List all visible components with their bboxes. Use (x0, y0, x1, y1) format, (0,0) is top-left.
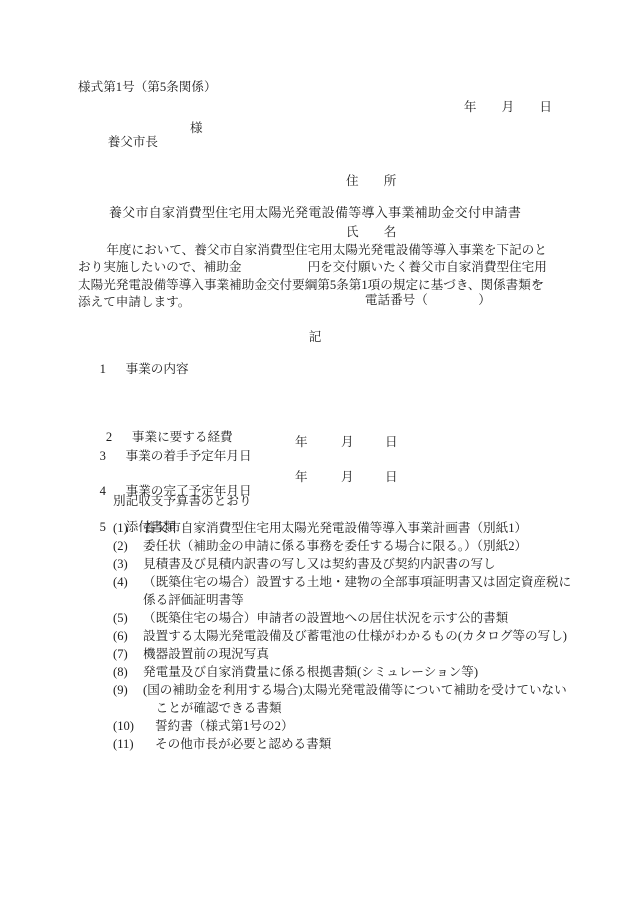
attachment-text: (国の補助金を利用する場合)太陽光発電設備等について補助を受けていない ことが確… (143, 681, 567, 717)
attachment-item-8: (8) 発電量及び自家消費量に係る根拠書類(シミュレーション等) (113, 663, 573, 681)
attachment-item-1: (1) 養父市自家消費型住宅用太陽光発電設備等導入事業計画書（別紙1） (113, 519, 573, 537)
attachment-text: 委任状（補助金の申請に係る事務を委任する場合に限る。）（別紙2） (143, 537, 527, 555)
attachment-text: （既築住宅の場合）申請者の設置地への居住状況を示す公的書類 (143, 609, 508, 627)
submission-date-line: 年 月 日 (464, 100, 552, 114)
section-number: 3 (100, 449, 126, 463)
addressee-name: 養父市長 (108, 135, 158, 149)
applicant-address-field: 住 所 (346, 173, 491, 190)
attachment-list: (1) 養父市自家消費型住宅用太陽光発電設備等導入事業計画書（別紙1） (2) … (113, 519, 573, 753)
attachment-number: (10) (113, 717, 155, 735)
day-label: 日 (385, 435, 398, 449)
month-label: 月 (341, 435, 354, 449)
attachment-item-11: (11) その他市長が必要と認める書類 (113, 735, 573, 753)
year-label: 年 (295, 470, 308, 484)
addressee-line: 養父市長 様 (95, 121, 158, 177)
attachment-item-9: (9) (国の補助金を利用する場合)太陽光発電設備等について補助を受けていない … (113, 681, 573, 717)
attachment-text: 見積書及び見積内訳書の写し又は契約書及び契約内訳書の写し (143, 555, 496, 573)
attachment-number: (8) (113, 663, 143, 681)
application-body-paragraph: 年度において、養父市自家消費型住宅用太陽光発電設備等導入事業を下記のと おり実施… (78, 242, 547, 311)
record-marker: 記 (0, 330, 630, 344)
attachment-number: (5) (113, 609, 143, 627)
section-label: 事業の内容 (126, 362, 189, 376)
attachment-number: (9) (113, 681, 143, 717)
attachment-number: (6) (113, 627, 143, 645)
attachment-item-10: (10) 誓約書（様式第1号の2） (113, 717, 573, 735)
year-label: 年 (295, 435, 308, 449)
section-number: 1 (100, 362, 126, 376)
attachment-number: (3) (113, 555, 143, 573)
addressee-honorific: 様 (190, 121, 203, 135)
section-label: 事業の着手予定年月日 (126, 449, 252, 463)
attachment-text: 養父市自家消費型住宅用太陽光発電設備等導入事業計画書（別紙1） (143, 519, 527, 537)
section-number: 4 (100, 484, 126, 498)
attachment-number: (11) (113, 735, 155, 753)
section-label: 事業の完了予定年月日 (126, 484, 252, 498)
attachment-item-3: (3) 見積書及び見積内訳書の写し又は契約書及び契約内訳書の写し (113, 555, 573, 573)
attachment-text: その他市長が必要と認める書類 (155, 735, 331, 753)
form-number-label: 様式第1号（第5条関係） (78, 80, 217, 94)
attachment-text: 発電量及び自家消費量に係る根拠書類(シミュレーション等) (143, 663, 478, 681)
application-form-page: 様式第1号（第5条関係） 年 月 日 養父市長 様 住 所 氏 名 電話番号（ … (0, 0, 630, 903)
attachment-item-5: (5) （既築住宅の場合）申請者の設置地への居住状況を示す公的書類 (113, 609, 573, 627)
attachment-item-2: (2) 委任状（補助金の申請に係る事務を委任する場合に限る。）（別紙2） (113, 537, 573, 555)
attachment-text: （既築住宅の場合）設置する土地・建物の全部事項証明書又は固定資産税に 係る評価証… (143, 573, 571, 609)
attachment-number: (2) (113, 537, 143, 555)
attachment-item-4: (4) （既築住宅の場合）設置する土地・建物の全部事項証明書又は固定資産税に 係… (113, 573, 573, 609)
attachment-item-6: (6) 設置する太陽光発電設備及び蓄電池の仕様がわかるもの(カタログ等の写し) (113, 627, 573, 645)
attachment-item-7: (7) 機器設置前の現況写真 (113, 645, 573, 663)
day-label: 日 (385, 470, 398, 484)
attachment-number: (4) (113, 573, 143, 609)
attachment-number: (7) (113, 645, 143, 663)
document-title: 養父市自家消費型住宅用太陽光発電設備等導入事業補助金交付申請書 (0, 205, 630, 220)
applicant-name-field: 氏 名 (346, 224, 491, 241)
attachment-text: 設置する太陽光発電設備及び蓄電池の仕様がわかるもの(カタログ等の写し) (143, 627, 567, 645)
attachment-number: (1) (113, 519, 143, 537)
month-label: 月 (341, 470, 354, 484)
attachment-text: 誓約書（様式第1号の2） (155, 717, 294, 735)
attachment-text: 機器設置前の現況写真 (143, 645, 269, 663)
